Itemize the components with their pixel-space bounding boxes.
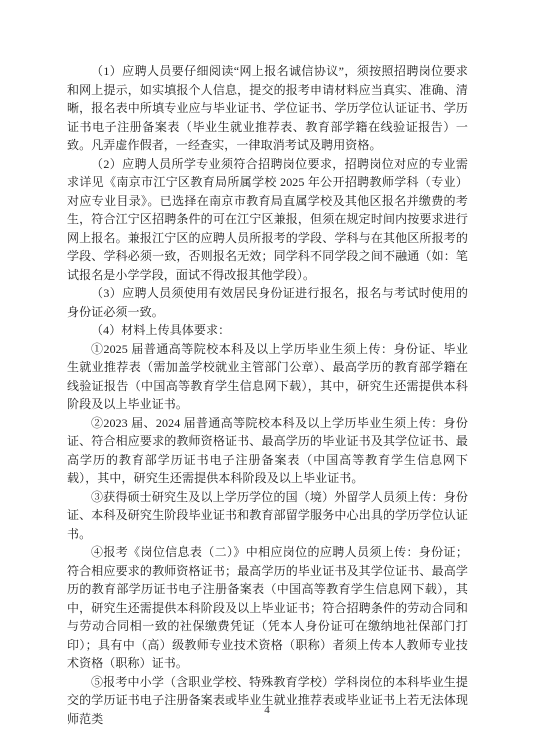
paragraph-1: （1）应聘人员要仔细阅读“网上报名诚信协议”，须按照招聘岗位要求和网上提示，如实… xyxy=(67,62,468,155)
document-body: （1）应聘人员要仔细阅读“网上报名诚信协议”，须按照招聘岗位要求和网上提示，如实… xyxy=(67,62,468,728)
paragraph-6-item-2: ②2023 届、2024 届普通高等院校本科及以上学历毕业生须上传：身份证、符合… xyxy=(67,414,468,488)
document-page: （1）应聘人员要仔细阅读“网上报名诚信协议”，须按照招聘岗位要求和网上提示，如实… xyxy=(0,0,534,756)
paragraph-3: （3）应聘人员须使用有效居民身份证进行报名，报名与考试时使用的身份证必须一致。 xyxy=(67,284,468,321)
paragraph-2: （2）应聘人员所学专业须符合招聘岗位要求，招聘岗位对应的专业需求详见《南京市江宁… xyxy=(67,155,468,285)
paragraph-7-item-3: ③获得硕士研究生及以上学历学位的国（境）外留学人员须上传：身份证、本科及研究生阶… xyxy=(67,488,468,544)
paragraph-8-item-4: ④报考《岗位信息表（二）》中相应岗位的应聘人员须上传：身份证；符合相应要求的教师… xyxy=(67,543,468,673)
paragraph-4: （4）材料上传具体要求： xyxy=(67,321,468,340)
page-footer: 4 xyxy=(0,700,534,718)
paragraph-5-item-1: ①2025 届普通高等院校本科及以上学历毕业生须上传：身份证、毕业生就业推荐表（… xyxy=(67,340,468,414)
page-number: 4 xyxy=(264,704,270,716)
